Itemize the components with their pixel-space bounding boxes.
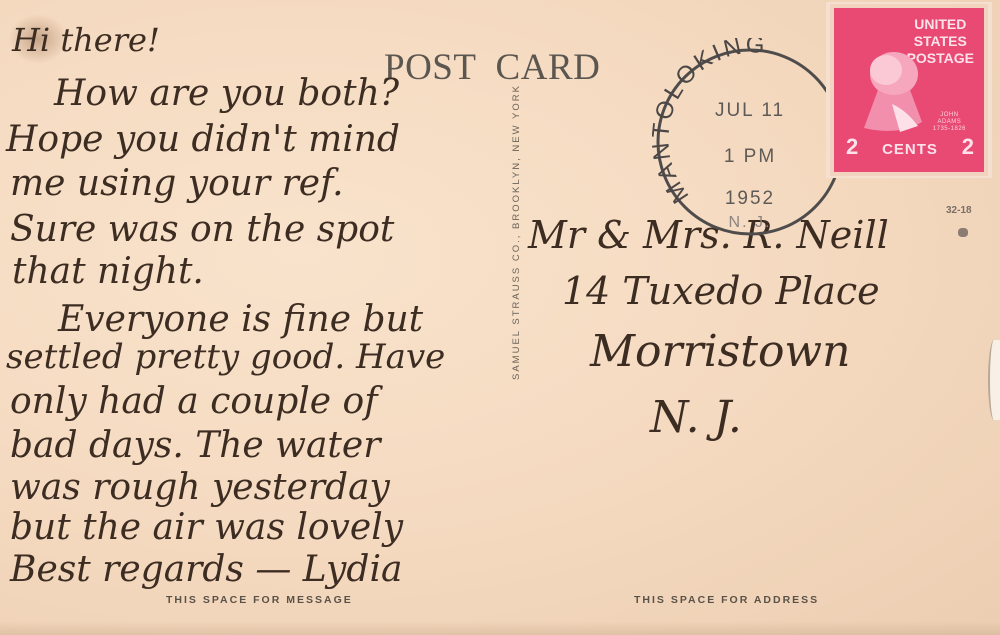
edge-tear (988, 340, 1000, 420)
message-line: Sure was on the spot (10, 212, 394, 248)
signature: Best regards — Lydia (10, 552, 402, 588)
stamp-value: 2 CENTS 2 (846, 134, 974, 160)
postmark-state: N. J. (652, 214, 848, 232)
message-line: was rough yesterday (10, 470, 390, 506)
message-space-label: THIS SPACE FOR MESSAGE (166, 594, 353, 606)
postage-stamp: UNITED STATES POSTAGE JOHN ADAMS 1735-18… (826, 2, 992, 178)
stamp-name-line: ADAMS (933, 119, 966, 126)
sorting-code: 32-18 (946, 205, 972, 216)
stamp-value-label: CENTS (882, 141, 938, 158)
message-line: me using your ref. (10, 166, 344, 202)
postmark-date: JUL 11 (652, 100, 848, 122)
stamp-portrait-name: JOHN ADAMS 1735-1826 (933, 112, 966, 133)
postmark: MANTOLOKING JUL 11 1 PM 1952 N. J. (652, 38, 848, 248)
svg-text:MANTOLOKING: MANTOLOKING (652, 38, 768, 208)
stamp-name-line: JOHN (933, 112, 966, 119)
ink-dot (958, 228, 968, 237)
address-line-city: Morristown (590, 330, 850, 374)
postcard-back: POST CARD SAMUEL STRAUSS CO., BROOKLYN, … (0, 0, 1000, 635)
stamp-years: 1735-1826 (933, 126, 966, 133)
message-line: that night. (12, 254, 204, 290)
message-line: Everyone is fine but (58, 302, 423, 338)
address-space-label: THIS SPACE FOR ADDRESS (634, 594, 819, 606)
message-line: settled pretty good. Have (6, 340, 445, 374)
postmark-time: 1 PM (652, 146, 848, 168)
stamp-face: UNITED STATES POSTAGE JOHN ADAMS 1735-18… (834, 8, 984, 172)
address-line-state: N. J. (650, 396, 742, 440)
message-line: bad days. The water (10, 428, 380, 464)
stamp-country-line: UNITED (907, 16, 974, 33)
message-line: Hope you didn't mind (6, 122, 400, 158)
postcard-title: POST CARD (384, 46, 600, 89)
publisher-imprint: SAMUEL STRAUSS CO., BROOKLYN, NEW YORK (511, 84, 522, 380)
address-line-street: 14 Tuxedo Place (562, 272, 880, 310)
portrait-icon (848, 44, 938, 140)
message-line: How are you both? (54, 76, 399, 112)
message-line: Hi there! (12, 24, 160, 56)
stamp-value-right: 2 (962, 134, 974, 160)
postmark-town: MANTOLOKING (652, 38, 768, 208)
message-line: but the air was lovely (10, 510, 403, 546)
message-line: only had a couple of (10, 384, 378, 420)
stamp-value-left: 2 (846, 134, 858, 160)
postmark-year: 1952 (652, 188, 848, 210)
